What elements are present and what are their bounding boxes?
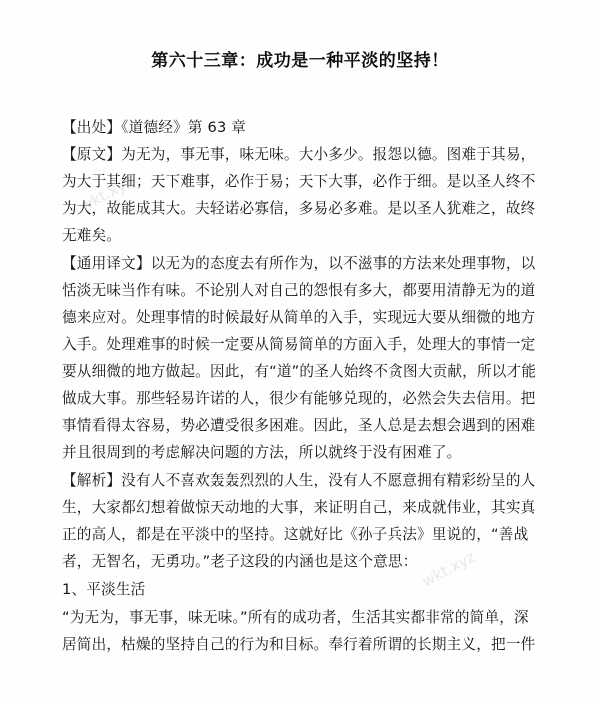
analysis-text: 没有人不喜欢轰轰烈烈的人生，没有人不愿意拥有精彩纷呈的人 bbox=[121, 472, 535, 489]
chapter-title: 第六十三章：成功是一种平淡的坚持！ bbox=[0, 46, 600, 71]
translation-line: 恬淡无味当作有味。不论别人对自己的怨恨有多大，都要用清静无为的道 bbox=[62, 281, 542, 301]
translation-line: 德来应对。处理事情的时候最好从简单的入手，实现远大要从细微的地方 bbox=[62, 308, 542, 328]
translation-line: 并且很周到的考虑解决问题的方法，所以就终于没有困难了。 bbox=[62, 443, 542, 463]
source-text: 《道德经》第 63 章 bbox=[121, 119, 246, 136]
translation-line: 要从细微的地方做起。因此，有“道”的圣人始终不贪图大贡献，所以才能 bbox=[62, 362, 542, 382]
section-line: “为无为，事无事，味无味。”所有的成功者，生活其实都非常的简单，深 bbox=[62, 608, 542, 628]
translation-line: 做成大事。那些轻易许诺的人，很少有能够兑现的，必然会失去信用。把 bbox=[62, 389, 542, 409]
original-line: 为大于其细；天下难事，必作于易；天下大事，必作于细。是以圣人终不 bbox=[62, 172, 542, 192]
analysis-line: 正的高人，都是在平淡中的坚持。这就好比《孙子兵法》里说的，“善战 bbox=[62, 525, 542, 545]
document-page: 第六十三章：成功是一种平淡的坚持！ 【出处】《道德经》第 63 章 【原文】为无… bbox=[0, 0, 600, 704]
analysis-line: 生，大家都幻想着做惊天动地的大事，来证明自己，来成就伟业，其实真 bbox=[62, 498, 542, 518]
section-heading: 1、平淡生活 bbox=[62, 580, 542, 600]
source-line: 【出处】《道德经》第 63 章 bbox=[62, 118, 542, 138]
translation-line: 事情看得太容易，势必遭受很多困难。因此，圣人总是去想会遇到的困难 bbox=[62, 416, 542, 436]
translation-line: 入手。处理难事的时候一定要从简易简单的方面入手，处理大的事情一定 bbox=[62, 335, 542, 355]
original-line: 无难矣。 bbox=[62, 226, 542, 246]
original-line: 为大，故能成其大。夫轻诺必寡信，多易必多难。是以圣人犹难之，故终 bbox=[62, 199, 542, 219]
section-line: 居简出，枯燥的坚持自己的行为和目标。奉行着所谓的长期主义，把一件 bbox=[62, 635, 542, 655]
translation-tag: 【通用译文】 bbox=[62, 255, 151, 272]
source-tag: 【出处】 bbox=[62, 119, 121, 136]
analysis-line: 者，无智名，无勇功。”老子这段的内涵也是这个意思： bbox=[62, 552, 542, 572]
translation-line: 【通用译文】以无为的态度去有所作为，以不滋事的方法来处理事物，以 bbox=[62, 254, 542, 274]
analysis-tag: 【解析】 bbox=[62, 472, 121, 489]
original-text: 为无为，事无事，味无味。大小多少。报怨以德。图难于其易， bbox=[121, 146, 535, 163]
translation-text: 以无为的态度去有所作为，以不滋事的方法来处理事物，以 bbox=[151, 255, 536, 272]
original-line: 【原文】为无为，事无事，味无味。大小多少。报怨以德。图难于其易， bbox=[62, 145, 542, 165]
original-tag: 【原文】 bbox=[62, 146, 121, 163]
analysis-line: 【解析】没有人不喜欢轰轰烈烈的人生，没有人不愿意拥有精彩纷呈的人 bbox=[62, 471, 542, 491]
